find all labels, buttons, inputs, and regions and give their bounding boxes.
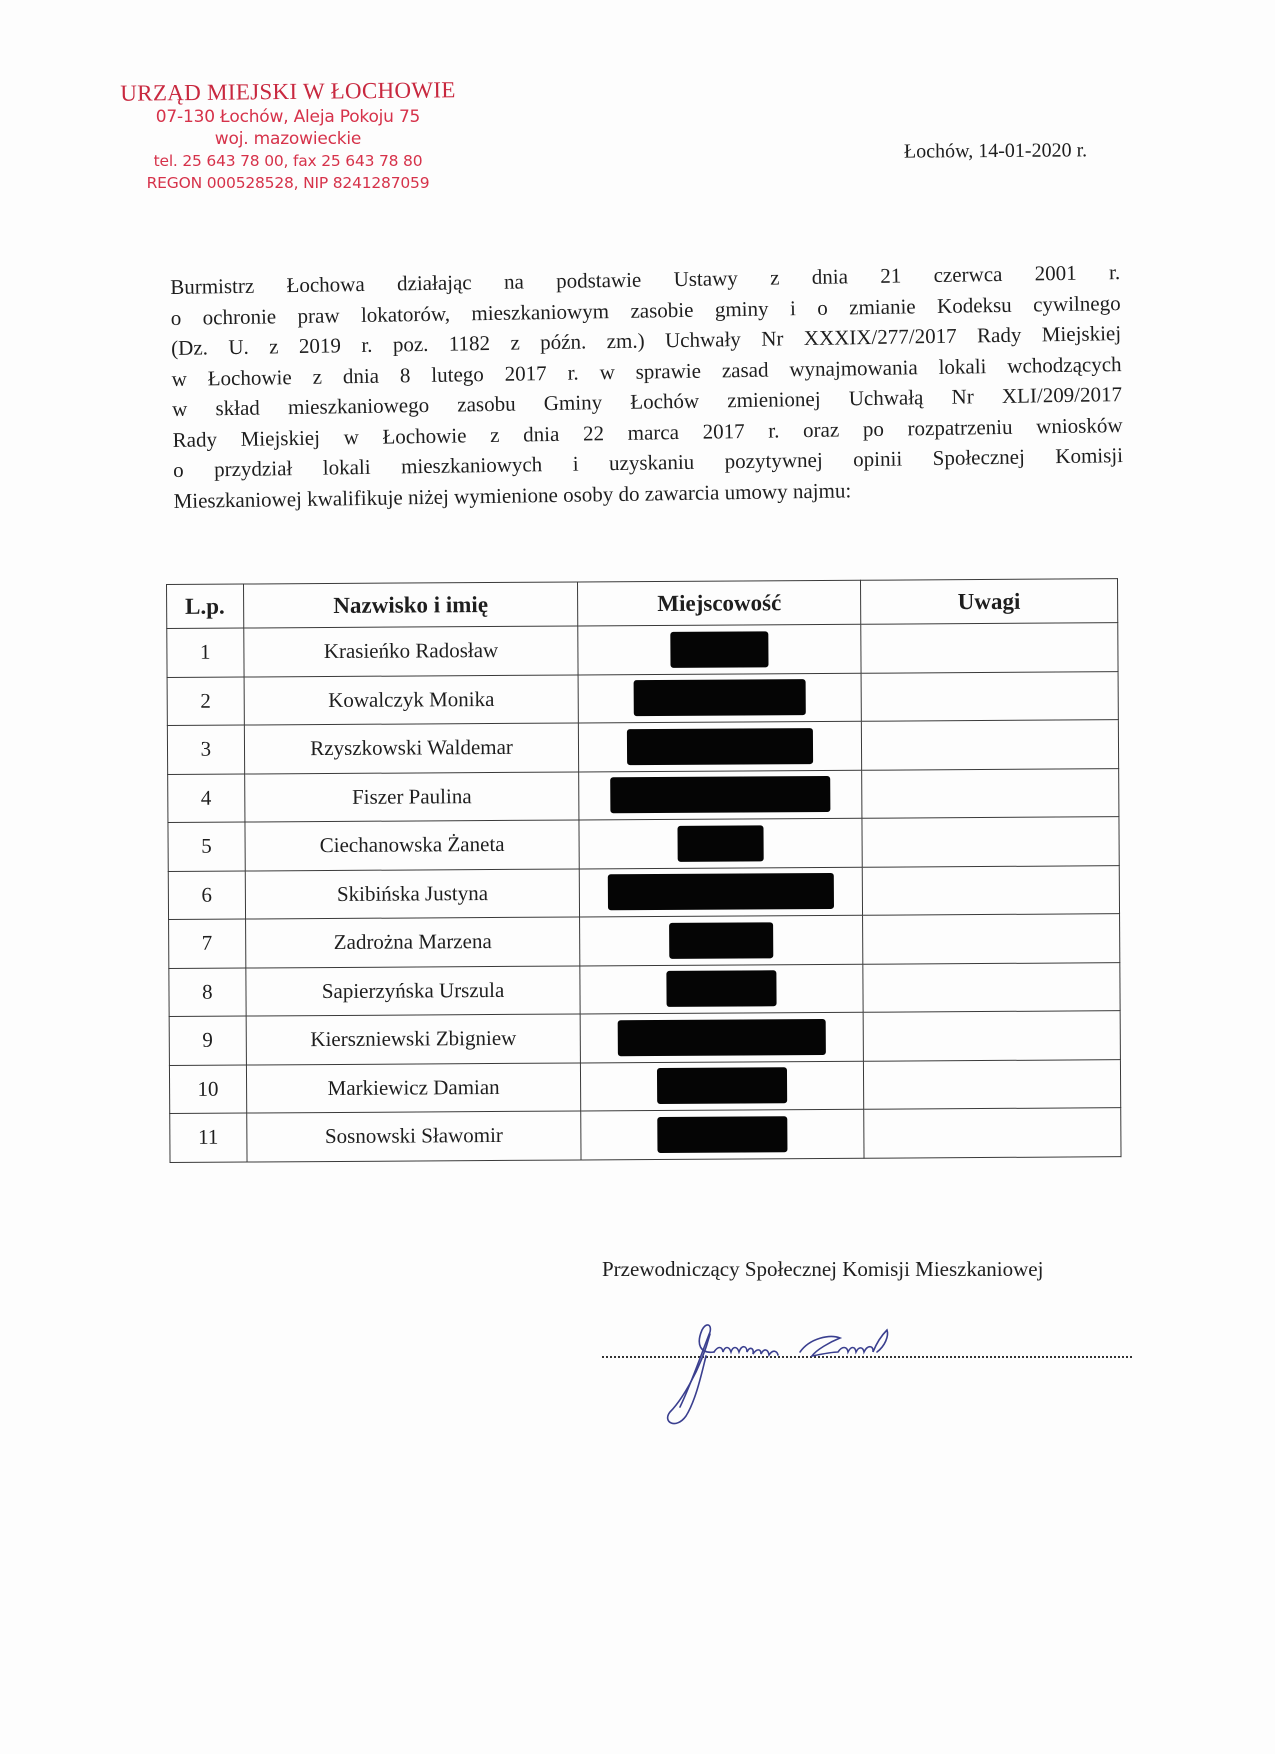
cell-notes xyxy=(864,1108,1121,1158)
cell-notes xyxy=(863,962,1120,1012)
cell-place xyxy=(578,624,861,674)
cell-place xyxy=(580,915,863,965)
cell-place xyxy=(579,721,862,771)
header-lp: L.p. xyxy=(167,584,244,628)
table-row: 2Kowalczyk Monika xyxy=(167,671,1118,725)
cell-lp: 4 xyxy=(168,774,245,823)
cell-lp: 7 xyxy=(169,919,246,968)
office-address: 07-130 Łochów, Aleja Pokoju 75 xyxy=(118,106,458,128)
cell-notes xyxy=(862,914,1119,964)
redaction-block xyxy=(608,873,834,910)
redaction-block xyxy=(678,825,764,862)
cell-lp: 1 xyxy=(167,628,244,677)
signature-title: Przewodniczący Społecznej Komisji Mieszk… xyxy=(602,1257,1043,1282)
redaction-block xyxy=(671,631,769,668)
cell-name: Zadrożna Marzena xyxy=(245,917,580,968)
redaction-block xyxy=(667,971,777,1008)
cell-name: Markiewicz Damian xyxy=(246,1062,581,1113)
office-region: woj. mazowieckie xyxy=(118,128,458,150)
redaction-block xyxy=(634,679,806,716)
handwritten-signature xyxy=(640,1312,960,1432)
cell-notes xyxy=(861,720,1118,770)
cell-name: Kowalczyk Monika xyxy=(244,674,579,725)
cell-notes xyxy=(861,671,1118,721)
table-row: 3Rzyszkowski Waldemar xyxy=(167,720,1118,774)
redaction-block xyxy=(618,1019,826,1056)
cell-name: Sosnowski Sławomir xyxy=(246,1111,581,1162)
table-header-row: L.p. Nazwisko i imię Miejscowość Uwagi xyxy=(167,579,1118,629)
cell-place xyxy=(580,964,863,1014)
cell-notes xyxy=(863,1011,1120,1061)
table-row: 1Krasieńko Radosław xyxy=(167,623,1118,677)
cell-lp: 10 xyxy=(169,1065,246,1114)
table-row: 10Markiewicz Damian xyxy=(169,1059,1120,1113)
cell-place xyxy=(581,1061,864,1111)
cell-lp: 2 xyxy=(167,677,244,726)
cell-lp: 3 xyxy=(167,725,244,774)
cell-name: Rzyszkowski Waldemar xyxy=(244,723,579,774)
cell-place xyxy=(581,1109,864,1159)
office-ids: REGON 000528528, NIP 8241287059 xyxy=(118,172,458,194)
cell-place xyxy=(581,1012,864,1062)
table-row: 4Fiszer Paulina xyxy=(168,768,1119,822)
cell-place xyxy=(580,867,863,917)
cell-lp: 5 xyxy=(168,822,245,871)
table-row: 8Sapierzyńska Urszula xyxy=(169,962,1120,1016)
cell-notes xyxy=(862,865,1119,915)
cell-name: Sapierzyńska Urszula xyxy=(245,965,580,1016)
cell-notes xyxy=(861,623,1118,673)
table-row: 11Sosnowski Sławomir xyxy=(170,1108,1121,1162)
qualified-persons-table: L.p. Nazwisko i imię Miejscowość Uwagi 1… xyxy=(166,578,1122,1162)
cell-lp: 6 xyxy=(168,871,245,920)
cell-name: Krasieńko Radosław xyxy=(243,626,578,677)
office-name: URZĄD MIEJSKI W ŁOCHOWIE xyxy=(118,76,458,108)
cell-name: Fiszer Paulina xyxy=(244,771,579,822)
table-row: 6Skibińska Justyna xyxy=(168,865,1119,919)
cell-place xyxy=(579,818,862,868)
cell-lp: 8 xyxy=(169,968,246,1017)
header-notes: Uwagi xyxy=(860,579,1117,625)
header-name: Nazwisko i imię xyxy=(243,582,578,628)
table-row: 7Zadrożna Marzena xyxy=(169,914,1120,968)
cell-notes xyxy=(862,768,1119,818)
cell-lp: 9 xyxy=(169,1016,246,1065)
cell-notes xyxy=(863,1059,1120,1109)
redaction-block xyxy=(627,728,813,765)
redaction-block xyxy=(657,1067,787,1104)
cell-notes xyxy=(862,817,1119,867)
body-paragraph: Burmistrz Łochowa działając na podstawie… xyxy=(170,257,1124,516)
cell-place xyxy=(579,673,862,723)
cell-name: Skibińska Justyna xyxy=(245,868,580,919)
redaction-block xyxy=(669,922,773,959)
document-date: Łochów, 14-01-2020 r. xyxy=(904,139,1087,163)
table-row: 9Kierszniewski Zbigniew xyxy=(169,1011,1120,1065)
header-place: Miejscowość xyxy=(578,580,861,626)
cell-lp: 11 xyxy=(170,1113,247,1162)
cell-name: Kierszniewski Zbigniew xyxy=(246,1014,581,1065)
letterhead-stamp: URZĄD MIEJSKI W ŁOCHOWIE 07-130 Łochów, … xyxy=(118,78,458,194)
table-row: 5Ciechanowska Żaneta xyxy=(168,817,1119,871)
document-page: URZĄD MIEJSKI W ŁOCHOWIE 07-130 Łochów, … xyxy=(0,0,1275,1754)
cell-place xyxy=(579,770,862,820)
office-phone: tel. 25 643 78 00, fax 25 643 78 80 xyxy=(118,150,458,172)
redaction-block xyxy=(657,1116,787,1153)
redaction-block xyxy=(610,776,830,813)
cell-name: Ciechanowska Żaneta xyxy=(245,820,580,871)
